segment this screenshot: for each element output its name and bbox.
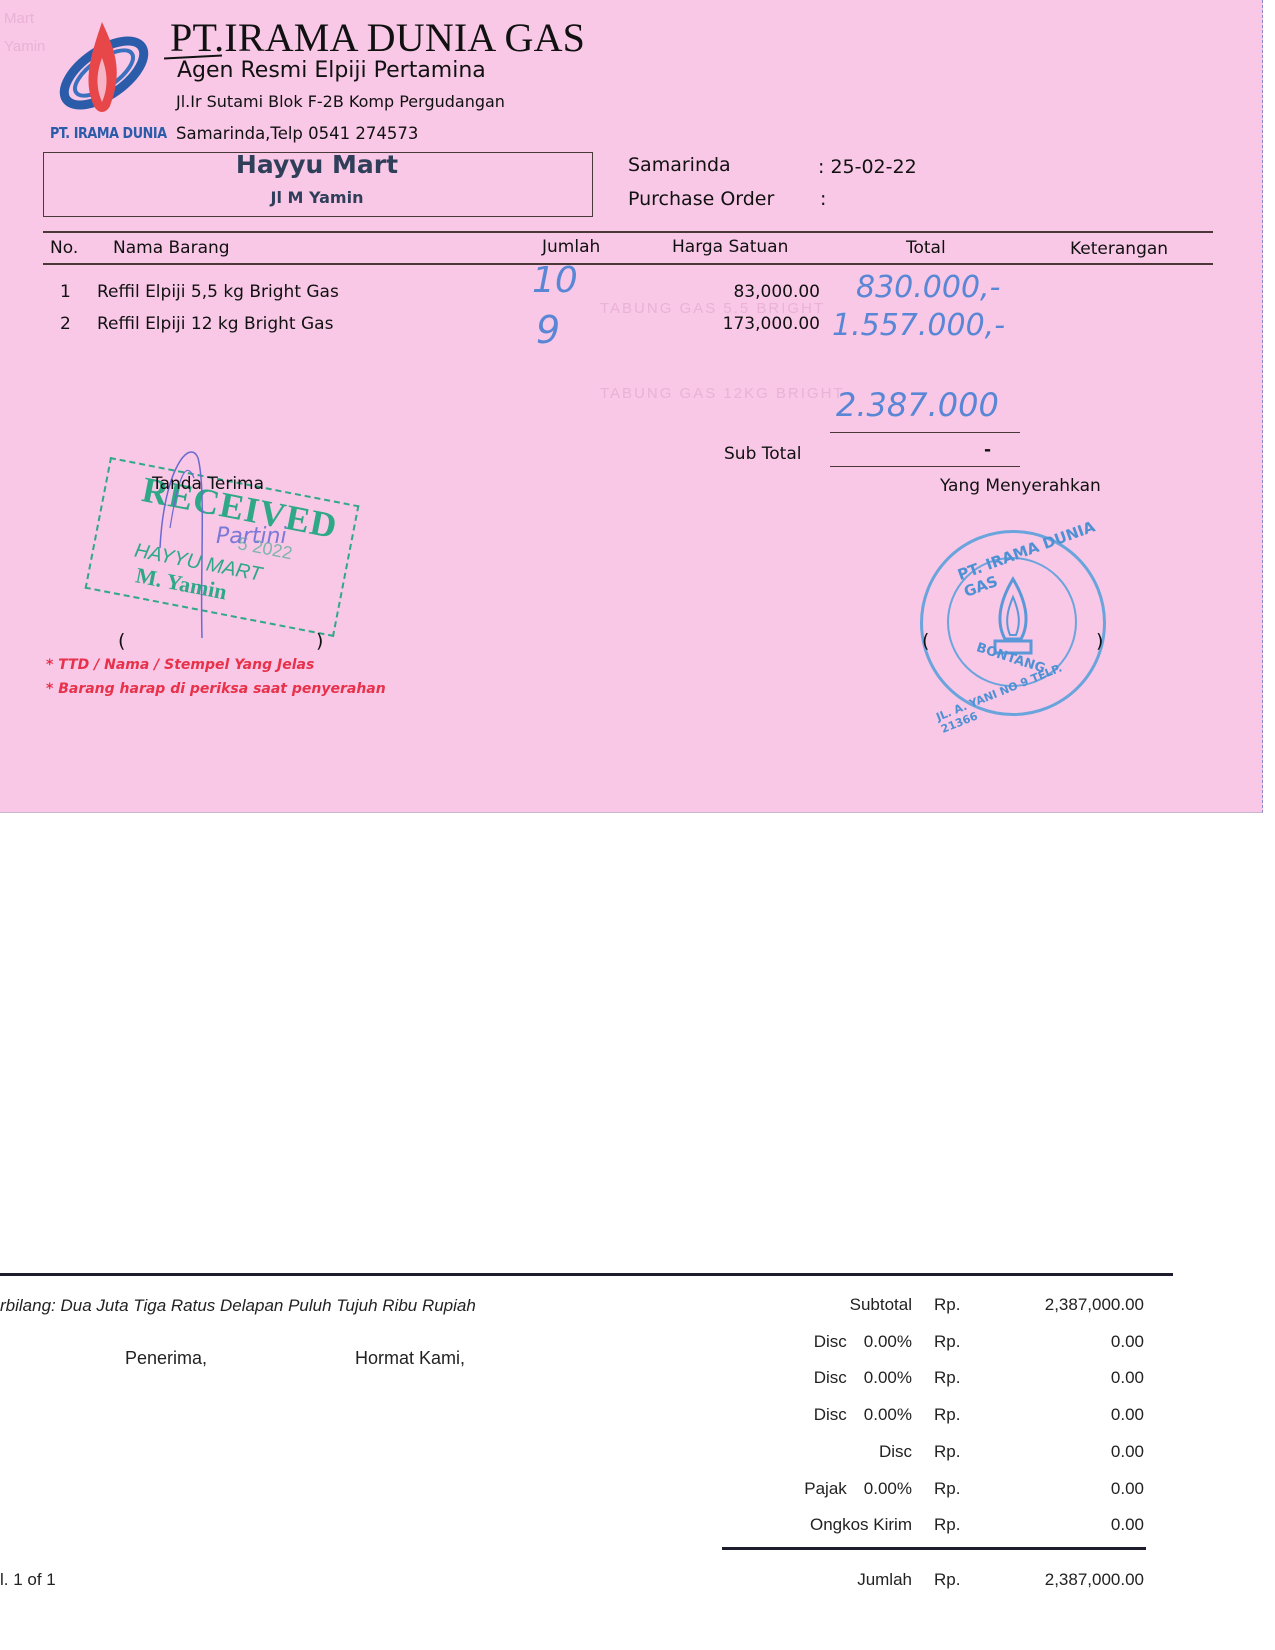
receiver-open-paren: ( [118, 630, 125, 652]
row-qty: 10 [532, 260, 578, 301]
row-no: 1 [60, 282, 71, 302]
summary-label: Subtotal [712, 1295, 912, 1315]
table-top-rule [43, 231, 1213, 233]
note-check-goods: * Barang harap di periksa saat penyeraha… [46, 681, 386, 697]
purchase-order-value: : [820, 188, 826, 210]
row-qty: 9 [536, 308, 560, 352]
jumlah-value: 2,387,000.00 [944, 1570, 1144, 1590]
col-header-qty: Jumlah [542, 237, 600, 257]
logo-label: PT. IRAMA DUNIA [50, 124, 167, 142]
summary-label: Pajak 0.00% [712, 1479, 912, 1499]
company-tagline: Agen Resmi Elpiji Pertamina [177, 58, 486, 83]
subtotal-rule [830, 466, 1020, 467]
handwritten-grand-total: 2.387.000 [836, 386, 999, 424]
summary-value: 2,387,000.00 [944, 1295, 1144, 1315]
col-header-price: Harga Satuan [672, 237, 788, 257]
summary-label: Disc 0.00% [712, 1405, 912, 1425]
summary-value: 0.00 [944, 1479, 1144, 1499]
row-price: 173,000.00 [620, 314, 820, 334]
table-header-rule [43, 263, 1213, 265]
bleed-through-text: Mart [4, 10, 34, 27]
receiver-label: Tanda Terima [152, 474, 264, 494]
jumlah-label: Jumlah [712, 1570, 912, 1590]
company-name: PT.IRAMA DUNIA GAS [170, 14, 585, 61]
purchase-order-label: Purchase Order [628, 188, 774, 210]
receiver-close-paren: ) [316, 630, 323, 652]
summary-value: 0.00 [944, 1405, 1144, 1425]
summary-value: 0.00 [944, 1368, 1144, 1388]
city-label: Samarinda [628, 154, 731, 176]
row-item: Reffil Elpiji 12 kg Bright Gas [97, 314, 333, 334]
row-item: Reffil Elpiji 5,5 kg Bright Gas [97, 282, 339, 302]
amount-in-words: rbilang: Dua Juta Tiga Ratus Delapan Pul… [0, 1296, 476, 1316]
summary-value: 0.00 [944, 1515, 1144, 1535]
customer-name: Hayyu Mart [43, 150, 591, 179]
col-header-note: Keterangan [1070, 239, 1168, 259]
summary-total-rule [722, 1547, 1146, 1550]
summary-value: 0.00 [944, 1332, 1144, 1352]
bleed-through-text: TABUNG GAS 12KG BRIGHT [600, 385, 845, 402]
delivery-slip: Mart Yamin TABUNG GAS 5.5 BRIGHT TABUNG … [0, 0, 1263, 813]
summary-label: Disc 0.00% [712, 1332, 912, 1352]
page-indicator: l. 1 of 1 [0, 1570, 56, 1590]
subtotal-value: - [984, 440, 991, 460]
note-signature: * TTD / Nama / Stempel Yang Jelas [46, 657, 314, 673]
row-total: 830.000,- [856, 270, 1000, 305]
row-total: 1.557.000,- [832, 308, 1005, 343]
sender-close-paren: ) [1096, 630, 1103, 652]
sender-label: Yang Menyerahkan [940, 476, 1101, 496]
summary-label: Ongkos Kirim [712, 1515, 912, 1535]
col-header-total: Total [906, 238, 946, 258]
company-seal-stamp: PT. IRAMA DUNIA GAS BONTANG JL. A. YANI … [920, 530, 1106, 716]
col-header-no: No. [50, 238, 78, 258]
summary-label: Disc [712, 1442, 912, 1462]
sender-open-paren: ( [922, 630, 929, 652]
col-header-item: Nama Barang [113, 238, 230, 258]
sender-signature-label: Hormat Kami, [355, 1348, 465, 1369]
company-city-phone: Samarinda,Telp 0541 274573 [176, 124, 418, 143]
bleed-through-text: Yamin [4, 38, 45, 55]
subtotal-label: Sub Total [724, 444, 801, 464]
footer-divider [0, 1273, 1173, 1276]
receiver-signature-label: Penerima, [125, 1348, 207, 1369]
summary-value: 0.00 [944, 1442, 1144, 1462]
company-address: Jl.Ir Sutami Blok F-2B Komp Pergudangan [176, 92, 505, 111]
row-no: 2 [60, 314, 71, 334]
total-rule [830, 432, 1020, 433]
row-price: 83,000.00 [620, 282, 820, 302]
received-signature: Partini [216, 524, 287, 549]
summary-label: Disc 0.00% [712, 1368, 912, 1388]
document-date: : 25-02-22 [818, 156, 917, 178]
customer-address: Jl M Yamin [43, 188, 591, 207]
company-logo-icon [52, 18, 156, 118]
